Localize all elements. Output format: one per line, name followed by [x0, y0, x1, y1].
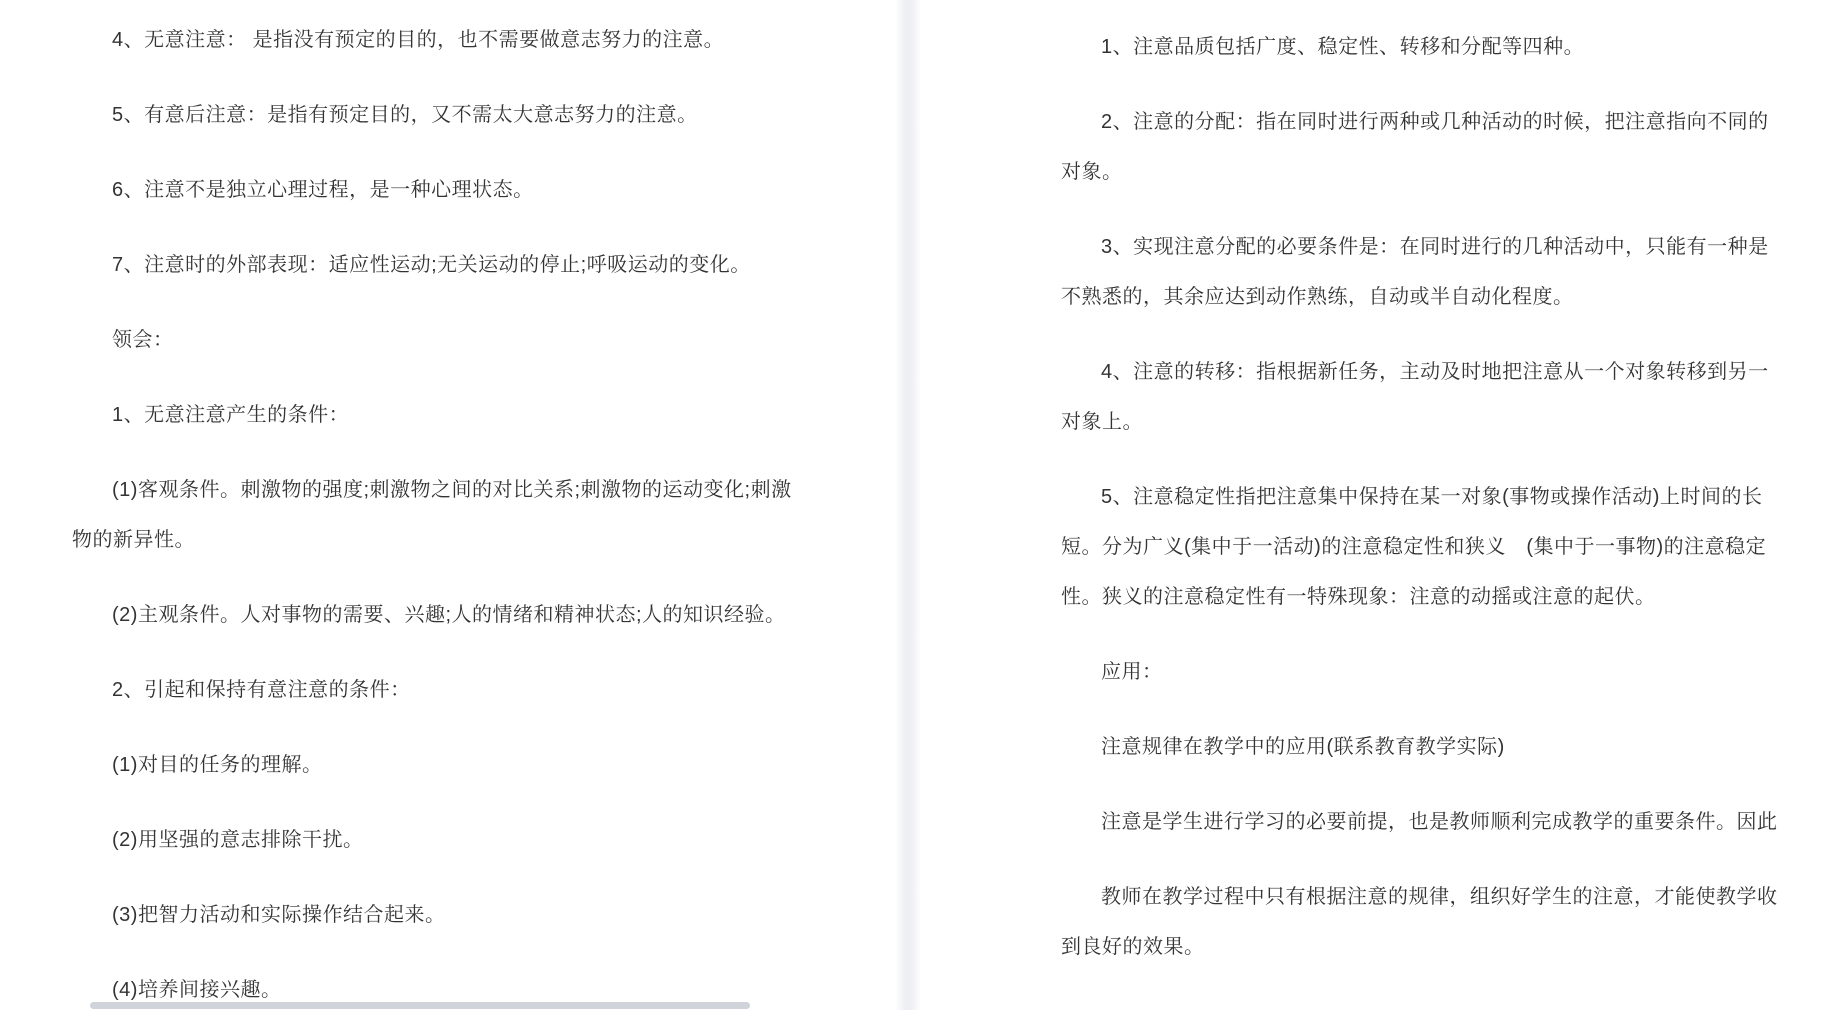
text-line: 6、注意不是独立心理过程，是一种心理状态。 [72, 165, 794, 215]
text-line: (2)主观条件。人对事物的需要、兴趣;人的情绪和精神状态;人的知识经验。 [72, 590, 794, 640]
text-line: (3)把智力活动和实际操作结合起来。 [72, 890, 794, 940]
text-line: 5、有意后注意：是指有预定目的，又不需太大意志努力的注意。 [72, 90, 794, 140]
text-line: 教师在教学过程中只有根据注意的规律，组织好学生的注意，才能使教学收 [1061, 872, 1795, 922]
text-line: 不熟悉的，其余应达到动作熟练，自动或半自动化程度。 [1061, 272, 1795, 322]
text-line: (1)对目的任务的理解。 [72, 740, 794, 790]
text-line: 2、引起和保持有意注意的条件： [72, 665, 794, 715]
text-line: 7、注意时的外部表现：适应性运动;无关运动的停止;呼吸运动的变化。 [72, 240, 794, 290]
text-line: 物的新异性。 [72, 515, 794, 565]
left-page: 4、无意注意： 是指没有预定的目的，也不需要做意志努力的注意。5、有意后注意：是… [0, 0, 896, 1010]
text-line: 3、实现注意分配的必要条件是：在同时进行的几种活动中，只能有一种是 [1061, 222, 1795, 272]
document-viewer: 4、无意注意： 是指没有预定的目的，也不需要做意志努力的注意。5、有意后注意：是… [0, 0, 1835, 1010]
text-line: 1、注意品质包括广度、稳定性、转移和分配等四种。 [1061, 22, 1795, 72]
text-line: 领会： [72, 315, 794, 365]
text-line: 对象上。 [1061, 397, 1795, 447]
text-line: 短。分为广义(集中于一活动)的注意稳定性和狭义 (集中于一事物)的注意稳定 [1061, 522, 1795, 572]
text-line: 注意是学生进行学习的必要前提，也是教师顺利完成教学的重要条件。因此 [1061, 797, 1795, 847]
text-line: 应用： [1061, 647, 1795, 697]
right-page-text-column: 1、注意品质包括广度、稳定性、转移和分配等四种。2、注意的分配：指在同时进行两种… [1061, 22, 1795, 972]
left-page-text-column: 4、无意注意： 是指没有预定的目的，也不需要做意志努力的注意。5、有意后注意：是… [72, 15, 794, 1010]
text-line: (2)用坚强的意志排除干扰。 [72, 815, 794, 865]
text-line: 4、注意的转移：指根据新任务，主动及时地把注意从一个对象转移到另一 [1061, 347, 1795, 397]
right-page: 1、注意品质包括广度、稳定性、转移和分配等四种。2、注意的分配：指在同时进行两种… [920, 0, 1835, 1010]
page-gap-divider [896, 0, 920, 1010]
text-line: 到良好的效果。 [1061, 922, 1795, 972]
text-line: 对象。 [1061, 147, 1795, 197]
text-line: 注意规律在教学中的应用(联系教育教学实际) [1061, 722, 1795, 772]
text-line: 5、注意稳定性指把注意集中保持在某一对象(事物或操作活动)上时间的长 [1061, 472, 1795, 522]
text-line: (1)客观条件。刺激物的强度;刺激物之间的对比关系;刺激物的运动变化;刺激 [72, 465, 794, 515]
horizontal-scrollbar-thumb[interactable] [90, 1002, 750, 1009]
text-line: 2、注意的分配：指在同时进行两种或几种活动的时候，把注意指向不同的 [1061, 97, 1795, 147]
text-line: 性。狭义的注意稳定性有一特殊现象：注意的动摇或注意的起伏。 [1061, 572, 1795, 622]
text-line: 1、无意注意产生的条件： [72, 390, 794, 440]
text-line: 4、无意注意： 是指没有预定的目的，也不需要做意志努力的注意。 [72, 15, 794, 65]
